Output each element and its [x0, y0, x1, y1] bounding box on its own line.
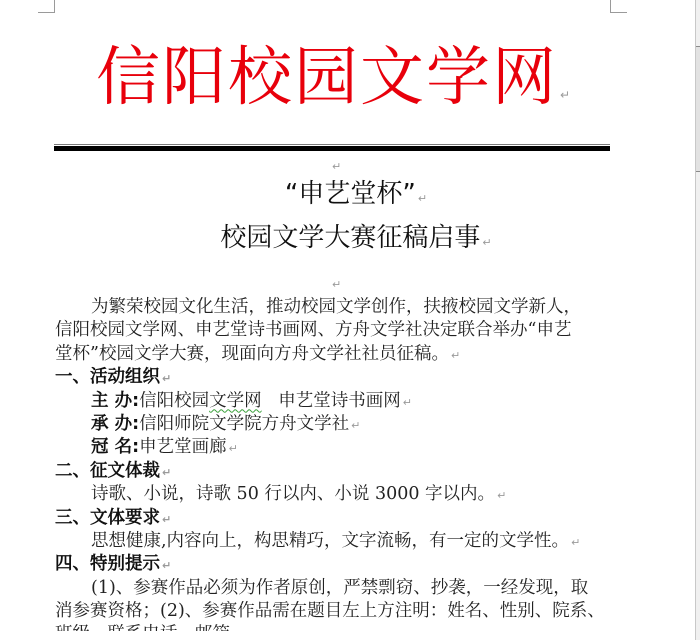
title-line-2: 校园文学大赛征稿启事↵ — [0, 220, 700, 261]
section-title: 文体要求 — [90, 508, 160, 528]
crop-mark-top-right — [610, 0, 627, 13]
section-number: 二、 — [55, 461, 90, 481]
header-rule-thick — [54, 146, 610, 151]
paragraph-mark-icon: ↵ — [229, 442, 238, 455]
section-heading-requirements: 三、文体要求↵ — [55, 507, 615, 530]
organizer-value: 信阳校园 — [139, 391, 209, 411]
section-text: 消参赛资格；(2)、参赛作品需在题目左上方注明：姓名、性别、院系、 — [55, 600, 615, 623]
section-text-partial: 班级、联系电话、邮箱 — [55, 623, 615, 631]
notes-text: 消参赛资格；(2)、参赛作品需在题目左上方注明：姓名、性别、院系、 — [55, 601, 605, 621]
intro-line: 堂杯”校园文学大赛，现面向方舟文学社社员征稿。↵ — [55, 343, 615, 366]
section-title: 活动组织 — [90, 367, 160, 387]
paragraph-mark-icon: ↵ — [571, 536, 580, 549]
header-rule-thin — [54, 144, 610, 145]
masthead: 信阳校园文学网↵ — [96, 36, 586, 120]
paragraph-mark-icon: ↵ — [403, 396, 412, 409]
section-number: 三、 — [55, 508, 90, 528]
section-text: 思想健康,内容向上，构思精巧，文字流畅，有一定的文学性。↵ — [55, 530, 615, 553]
organizer-label: 冠 名: — [91, 437, 139, 457]
intro-line: 信阳校园文学网、申艺堂诗书画网、方舟文学社决定联合举办“申艺 — [55, 319, 615, 342]
paragraph-mark-icon: ↵ — [497, 489, 506, 502]
organizer-row-host: 主 办:信阳校园文学网 申艺堂诗书画网↵ — [55, 390, 615, 413]
intro-line: 为繁荣校园文化生活，推动校园文学创作，扶掖校园文学新人， — [55, 296, 615, 319]
paragraph-mark-icon: ↵ — [332, 278, 341, 291]
notes-text: (1)、参赛作品必须为作者原创，严禁剽窃、抄袭，一经发现，取 — [91, 578, 588, 598]
document-body: 为繁荣校园文化生活，推动校园文学创作，扶掖校园文学新人， 信阳校园文学网、申艺堂… — [55, 296, 615, 631]
organizer-value: 申艺堂画廊 — [139, 437, 227, 457]
intro-text: 信阳校园文学网、申艺堂诗书画网、方舟文学社决定联合举办“申艺 — [55, 320, 571, 340]
section-heading-notes: 四、特别提示↵ — [55, 553, 615, 576]
requirements-text: 思想健康,内容向上，构思精巧，文字流畅，有一定的文学性。 — [91, 531, 569, 551]
masthead-title: 信阳校园文学网 — [96, 41, 558, 115]
title-cup-name: “申艺堂杯” — [285, 179, 416, 209]
organizer-row-undertaker: 承 办:信阳师院文学院方舟文学社↵ — [55, 413, 615, 436]
paragraph-mark-icon: ↵ — [162, 513, 171, 526]
organizer-row-sponsor: 冠 名:申艺堂画廊↵ — [55, 436, 615, 459]
section-heading-genre: 二、征文体裁↵ — [55, 460, 615, 483]
paragraph-mark-icon: ↵ — [162, 372, 171, 385]
organizer-value: 申艺堂诗书画网 — [262, 391, 401, 411]
paragraph-mark-icon: ↵ — [162, 466, 171, 479]
grammar-squiggle-text[interactable]: 文学网 — [209, 391, 262, 411]
paragraph-mark-icon: ↵ — [162, 559, 171, 572]
intro-text: 堂杯”校园文学大赛，现面向方舟文学社社员征稿。 — [55, 344, 449, 364]
organizer-label: 主 办: — [91, 391, 139, 411]
section-title: 特别提示 — [90, 554, 160, 574]
vertical-scrollbar[interactable] — [695, 0, 700, 640]
paragraph-mark-icon: ↵ — [351, 419, 360, 432]
title-line-1: “申艺堂杯”↵ — [0, 176, 700, 217]
section-number: 一、 — [55, 367, 90, 387]
organizer-label: 承 办: — [91, 414, 139, 434]
title-contest-name: 校园文学大赛征稿启事 — [220, 223, 480, 253]
notes-text: 班级、联系电话、邮箱 — [55, 624, 230, 631]
section-number: 四、 — [55, 554, 90, 574]
paragraph-mark-icon: ↵ — [451, 349, 460, 362]
section-text: 诗歌、小说，诗歌 50 行以内、小说 3000 字以内。↵ — [55, 483, 615, 506]
paragraph-mark-icon: ↵ — [332, 160, 341, 173]
section-text: (1)、参赛作品必须为作者原创，严禁剽窃、抄袭，一经发现，取 — [55, 577, 615, 600]
section-heading-organization: 一、活动组织↵ — [55, 366, 615, 389]
crop-mark-top-left — [38, 0, 55, 13]
genre-text: 诗歌、小说，诗歌 50 行以内、小说 3000 字以内。 — [91, 484, 495, 504]
paragraph-mark-icon: ↵ — [482, 236, 491, 249]
scrollbar-thumb[interactable] — [696, 46, 700, 172]
intro-text: 为繁荣校园文化生活，推动校园文学创作，扶掖校园文学新人， — [91, 297, 581, 317]
paragraph-mark-icon: ↵ — [560, 88, 570, 102]
paragraph-mark-icon: ↵ — [418, 192, 427, 205]
document-page: 信阳校园文学网↵ ↵ “申艺堂杯”↵ 校园文学大赛征稿启事↵ ↵ 为繁荣校园文化… — [0, 0, 696, 640]
section-title: 征文体裁 — [90, 461, 160, 481]
organizer-value: 信阳师院文学院方舟文学社 — [139, 414, 349, 434]
